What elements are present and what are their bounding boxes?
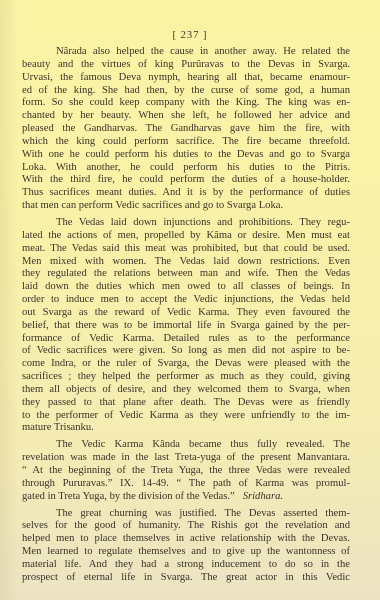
- text-line: belief, that there was to be immortal li…: [22, 320, 350, 333]
- text-line: out Svarga as the reward of Vedic Karma.…: [22, 307, 350, 320]
- text-line: The Vedas laid down injunctions and proh…: [22, 217, 350, 230]
- text-line: material life. And they had a strong ind…: [22, 559, 350, 572]
- text-line: they regulated the relations between man…: [22, 268, 350, 281]
- text-line: helped men to place themselves in active…: [22, 533, 350, 546]
- paragraph-4: The great churning was justified. The De…: [22, 508, 350, 585]
- text-line: form. So she could keep company with the…: [22, 97, 350, 110]
- text-line: lated the actions of men, propelled by K…: [22, 230, 350, 243]
- body-text: Nârada also helped the cause in another …: [22, 46, 350, 585]
- text-line: they passed to that plane after death. T…: [22, 397, 350, 410]
- paragraph-3: The Vedic Karma Kânda became thus fully …: [22, 439, 350, 503]
- text-line: that men can perform Vedic sacrifices an…: [22, 200, 350, 213]
- text-line: which the king could perform sacrifice. …: [22, 136, 350, 149]
- text-line: Thus sacrifices meant duties. And it is …: [22, 187, 350, 200]
- text-line: pleased the Gandharvas. The Gandharvas g…: [22, 123, 350, 136]
- text-line: ed of the king. She had then, by the cur…: [22, 85, 350, 98]
- text-line: mature Trisanku.: [22, 422, 350, 435]
- text-line: sacrifices ; they helped the performer a…: [22, 371, 350, 384]
- text-line: “ At the beginning of the Treta Yuga, th…: [22, 465, 350, 478]
- page-edge-shadow: [0, 0, 18, 600]
- text-line: selves for the good of humanity. The Ris…: [22, 520, 350, 533]
- text-line: prospect of eternal life in Svarga. The …: [22, 572, 350, 585]
- text-line: of Vedic sacrifices were given. So long …: [22, 345, 350, 358]
- text-line: laid down the duties which men owed to a…: [22, 281, 350, 294]
- paragraph-2: The Vedas laid down injunctions and proh…: [22, 217, 350, 435]
- text-line: gated in Treta Yuga, by the division of …: [22, 491, 350, 504]
- text-line: them all objects of desire, and they wel…: [22, 384, 350, 397]
- page-number: [ 237 ]: [0, 30, 380, 41]
- text-line: meat. The Vedas said this meat was prohi…: [22, 243, 350, 256]
- text-line: Nârada also helped the cause in another …: [22, 46, 350, 59]
- text-line: through Pururavas.” IX. 14-49. “ The pat…: [22, 478, 350, 491]
- quote-text: gated in Treta Yuga, by the division of …: [22, 491, 235, 502]
- text-line: revelation was made in the last Treta-yu…: [22, 452, 350, 465]
- text-line: The Vedic Karma Kânda became thus fully …: [22, 439, 350, 452]
- text-line: Loka. With another, he could perform his…: [22, 162, 350, 175]
- text-line: With one he could perform his duties to …: [22, 149, 350, 162]
- paragraph-1: Nârada also helped the cause in another …: [22, 46, 350, 213]
- text-line: formance of Vedic Karma. Detailed rules …: [22, 333, 350, 346]
- attribution: Sridhara.: [243, 491, 283, 502]
- text-line: The great churning was justified. The De…: [22, 508, 350, 521]
- text-line: to the performer of Vedic Karma as they …: [22, 410, 350, 423]
- text-line: Urvasi, the famous Deva nymph, hearing a…: [22, 72, 350, 85]
- text-line: come Indra, or the ruler of Svarga, the …: [22, 358, 350, 371]
- text-line: With the third fire, he could perform th…: [22, 174, 350, 187]
- text-line: chanted by her beauty. When she left, he…: [22, 110, 350, 123]
- text-line: Men learned to regulate themselves and t…: [22, 546, 350, 559]
- text-line: beauty and the virtues of king Purûravas…: [22, 59, 350, 72]
- text-line: order to induce men to accept the Vedic …: [22, 294, 350, 307]
- text-line: Men mixed with women. The Vedas laid dow…: [22, 256, 350, 269]
